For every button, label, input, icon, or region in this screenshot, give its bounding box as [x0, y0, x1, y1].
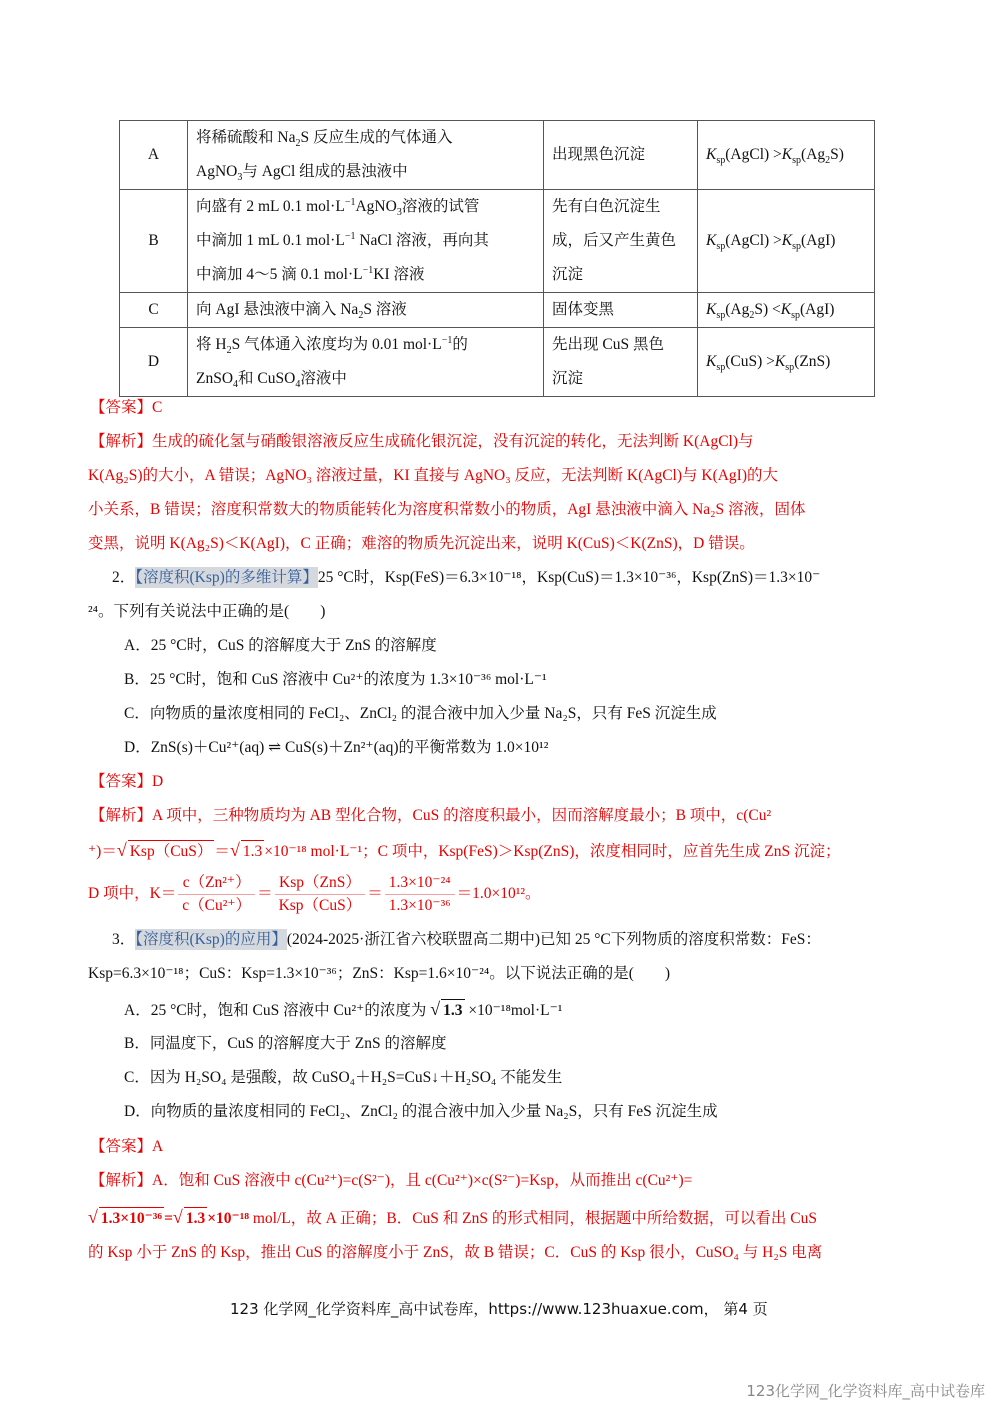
q2-option-a: A．25 °C时，CuS 的溶解度大于 ZnS 的溶解度 [124, 635, 437, 657]
q1-analysis-line: 变黑，说明 K(Ag₂S)＜K(AgI)，C 正确；难溶的物质先沉淀出来，说明 … [88, 533, 755, 555]
row-label: D [120, 328, 188, 397]
operation-cell: 向盛有 2 mL 0.1 mol·L−1AgNO3溶液的试管 中滴加 1 mL … [188, 190, 544, 293]
q3-analysis-line: √1.3×10⁻³⁶=√1.3×10⁻¹⁸ mol/L，故 A 正确；B．CuS… [88, 1206, 817, 1230]
row-label: A [120, 121, 188, 190]
phenomenon-cell: 先有白色沉淀生成，后又产生黄色沉淀 [544, 190, 698, 293]
q3-option-b: B．同温度下，CuS 的溶解度大于 ZnS 的溶解度 [124, 1033, 447, 1055]
conclusion-cell: Ksp(CuS) >Ksp(ZnS) [698, 328, 875, 397]
q3-analysis-line: 的 Ksp 小于 ZnS 的 Ksp，推出 CuS 的溶解度小于 ZnS，故 B… [88, 1242, 822, 1264]
phenomenon-cell: 固体变黑 [544, 293, 698, 328]
q2-answer: 【答案】D [90, 771, 163, 793]
row-label: C [120, 293, 188, 328]
q1-analysis-line: 【解析】生成的硫化氢与硝酸银溶液反应生成硫化银沉淀，没有沉淀的转化，无法判断 K… [90, 431, 754, 453]
q3-topic-tag: 【溶度积(Ksp)的应用】 [135, 929, 287, 950]
table-row: B 向盛有 2 mL 0.1 mol·L−1AgNO3溶液的试管 中滴加 1 m… [120, 190, 875, 293]
q1-analysis-line: 小关系，B 错误；溶度积常数大的物质能转化为溶度积常数小的物质，AgI 悬浊液中… [88, 499, 806, 521]
q2-option-b: B．25 °C时，饱和 CuS 溶液中 Cu²⁺的浓度为 1.3×10⁻³⁶ m… [124, 669, 547, 691]
conclusion-cell: Ksp(AgCl) >Ksp(AgI) [698, 190, 875, 293]
q3-option-a: A．25 °C时，饱和 CuS 溶液中 Cu²⁺的浓度为 √1.3 ×10⁻¹⁸… [124, 998, 562, 1022]
watermark: 123化学网_化学资料库_高中试卷库 [746, 1380, 985, 1401]
operation-cell: 将稀硫酸和 Na2S 反应生成的气体通入 AgNO3与 AgCl 组成的悬浊液中 [188, 121, 544, 190]
q3-stem-cont: Ksp=6.3×10⁻¹⁸；CuS：Ksp=1.3×10⁻³⁶；ZnS：Ksp=… [88, 963, 670, 985]
conclusion-cell: Ksp(AgCl) >Ksp(Ag2S) [698, 121, 875, 190]
q2-stem: 2．【溶度积(Ksp)的多维计算】25 °C时，Ksp(FeS)＝6.3×10⁻… [112, 567, 820, 589]
q3-answer: 【答案】A [90, 1136, 163, 1158]
q3-analysis-line: 【解析】A．饱和 CuS 溶液中 c(Cu²⁺)=c(S²⁻)，且 c(Cu²⁺… [90, 1170, 692, 1192]
table-row: D 将 H2S 气体通入浓度均为 0.01 mol·L−1的 ZnSO4和 Cu… [120, 328, 875, 397]
q2-analysis-formula: D 项中，K＝c（Zn²⁺）c（Cu²⁺）＝Ksp（ZnS）Ksp（CuS）＝1… [88, 872, 541, 917]
table-row: A 将稀硫酸和 Na2S 反应生成的气体通入 AgNO3与 AgCl 组成的悬浊… [120, 121, 875, 190]
q2-analysis-line: ⁺)＝√Ksp（CuS）＝√1.3×10⁻¹⁸ mol·L⁻¹；C 项中，Ksp… [88, 839, 840, 863]
operation-cell: 将 H2S 气体通入浓度均为 0.01 mol·L−1的 ZnSO4和 CuSO… [188, 328, 544, 397]
q2-stem-cont: ²⁴。下列有关说法中正确的是( ) [88, 601, 325, 623]
row-label: B [120, 190, 188, 293]
experiment-table: A 将稀硫酸和 Na2S 反应生成的气体通入 AgNO3与 AgCl 组成的悬浊… [119, 120, 875, 397]
q2-topic-tag: 【溶度积(Ksp)的多维计算】 [135, 567, 318, 588]
q3-option-c: C．因为 H₂SO₄ 是强酸，故 CuSO₄＋H₂S=CuS↓＋H₂SO₄ 不能… [124, 1067, 562, 1089]
table-row: C 向 AgI 悬浊液中滴入 Na2S 溶液 固体变黑 Ksp(Ag2S) <K… [120, 293, 875, 328]
q2-analysis-line: 【解析】A 项中，三种物质均为 AB 型化合物，CuS 的溶度积最小，因而溶解度… [90, 805, 771, 827]
phenomenon-cell: 先出现 CuS 黑色沉淀 [544, 328, 698, 397]
phenomenon-cell: 出现黑色沉淀 [544, 121, 698, 190]
q3-stem: 3．【溶度积(Ksp)的应用】(2024-2025·浙江省六校联盟高二期中)已知… [112, 929, 821, 951]
operation-cell: 向 AgI 悬浊液中滴入 Na2S 溶液 [188, 293, 544, 328]
q2-option-c: C．向物质的量浓度相同的 FeCl₂、ZnCl₂ 的混合液中加入少量 Na₂S，… [124, 703, 717, 725]
q2-option-d: D．ZnS(s)＋Cu²⁺(aq) ⇌ CuS(s)＋Zn²⁺(aq)的平衡常数… [124, 737, 548, 759]
q1-answer: 【答案】C [90, 397, 162, 419]
conclusion-cell: Ksp(Ag2S) <Ksp(AgI) [698, 293, 875, 328]
q3-option-d: D．向物质的量浓度相同的 FeCl₂、ZnCl₂ 的混合液中加入少量 Na₂S，… [124, 1101, 718, 1123]
q1-analysis-line: K(Ag₂S)的大小，A 错误；AgNO₃ 溶液过量，KI 直接与 AgNO₃ … [88, 465, 778, 487]
page-footer: 123 化学网_化学资料库_高中试卷库，https://www.123huaxu… [230, 1298, 768, 1319]
